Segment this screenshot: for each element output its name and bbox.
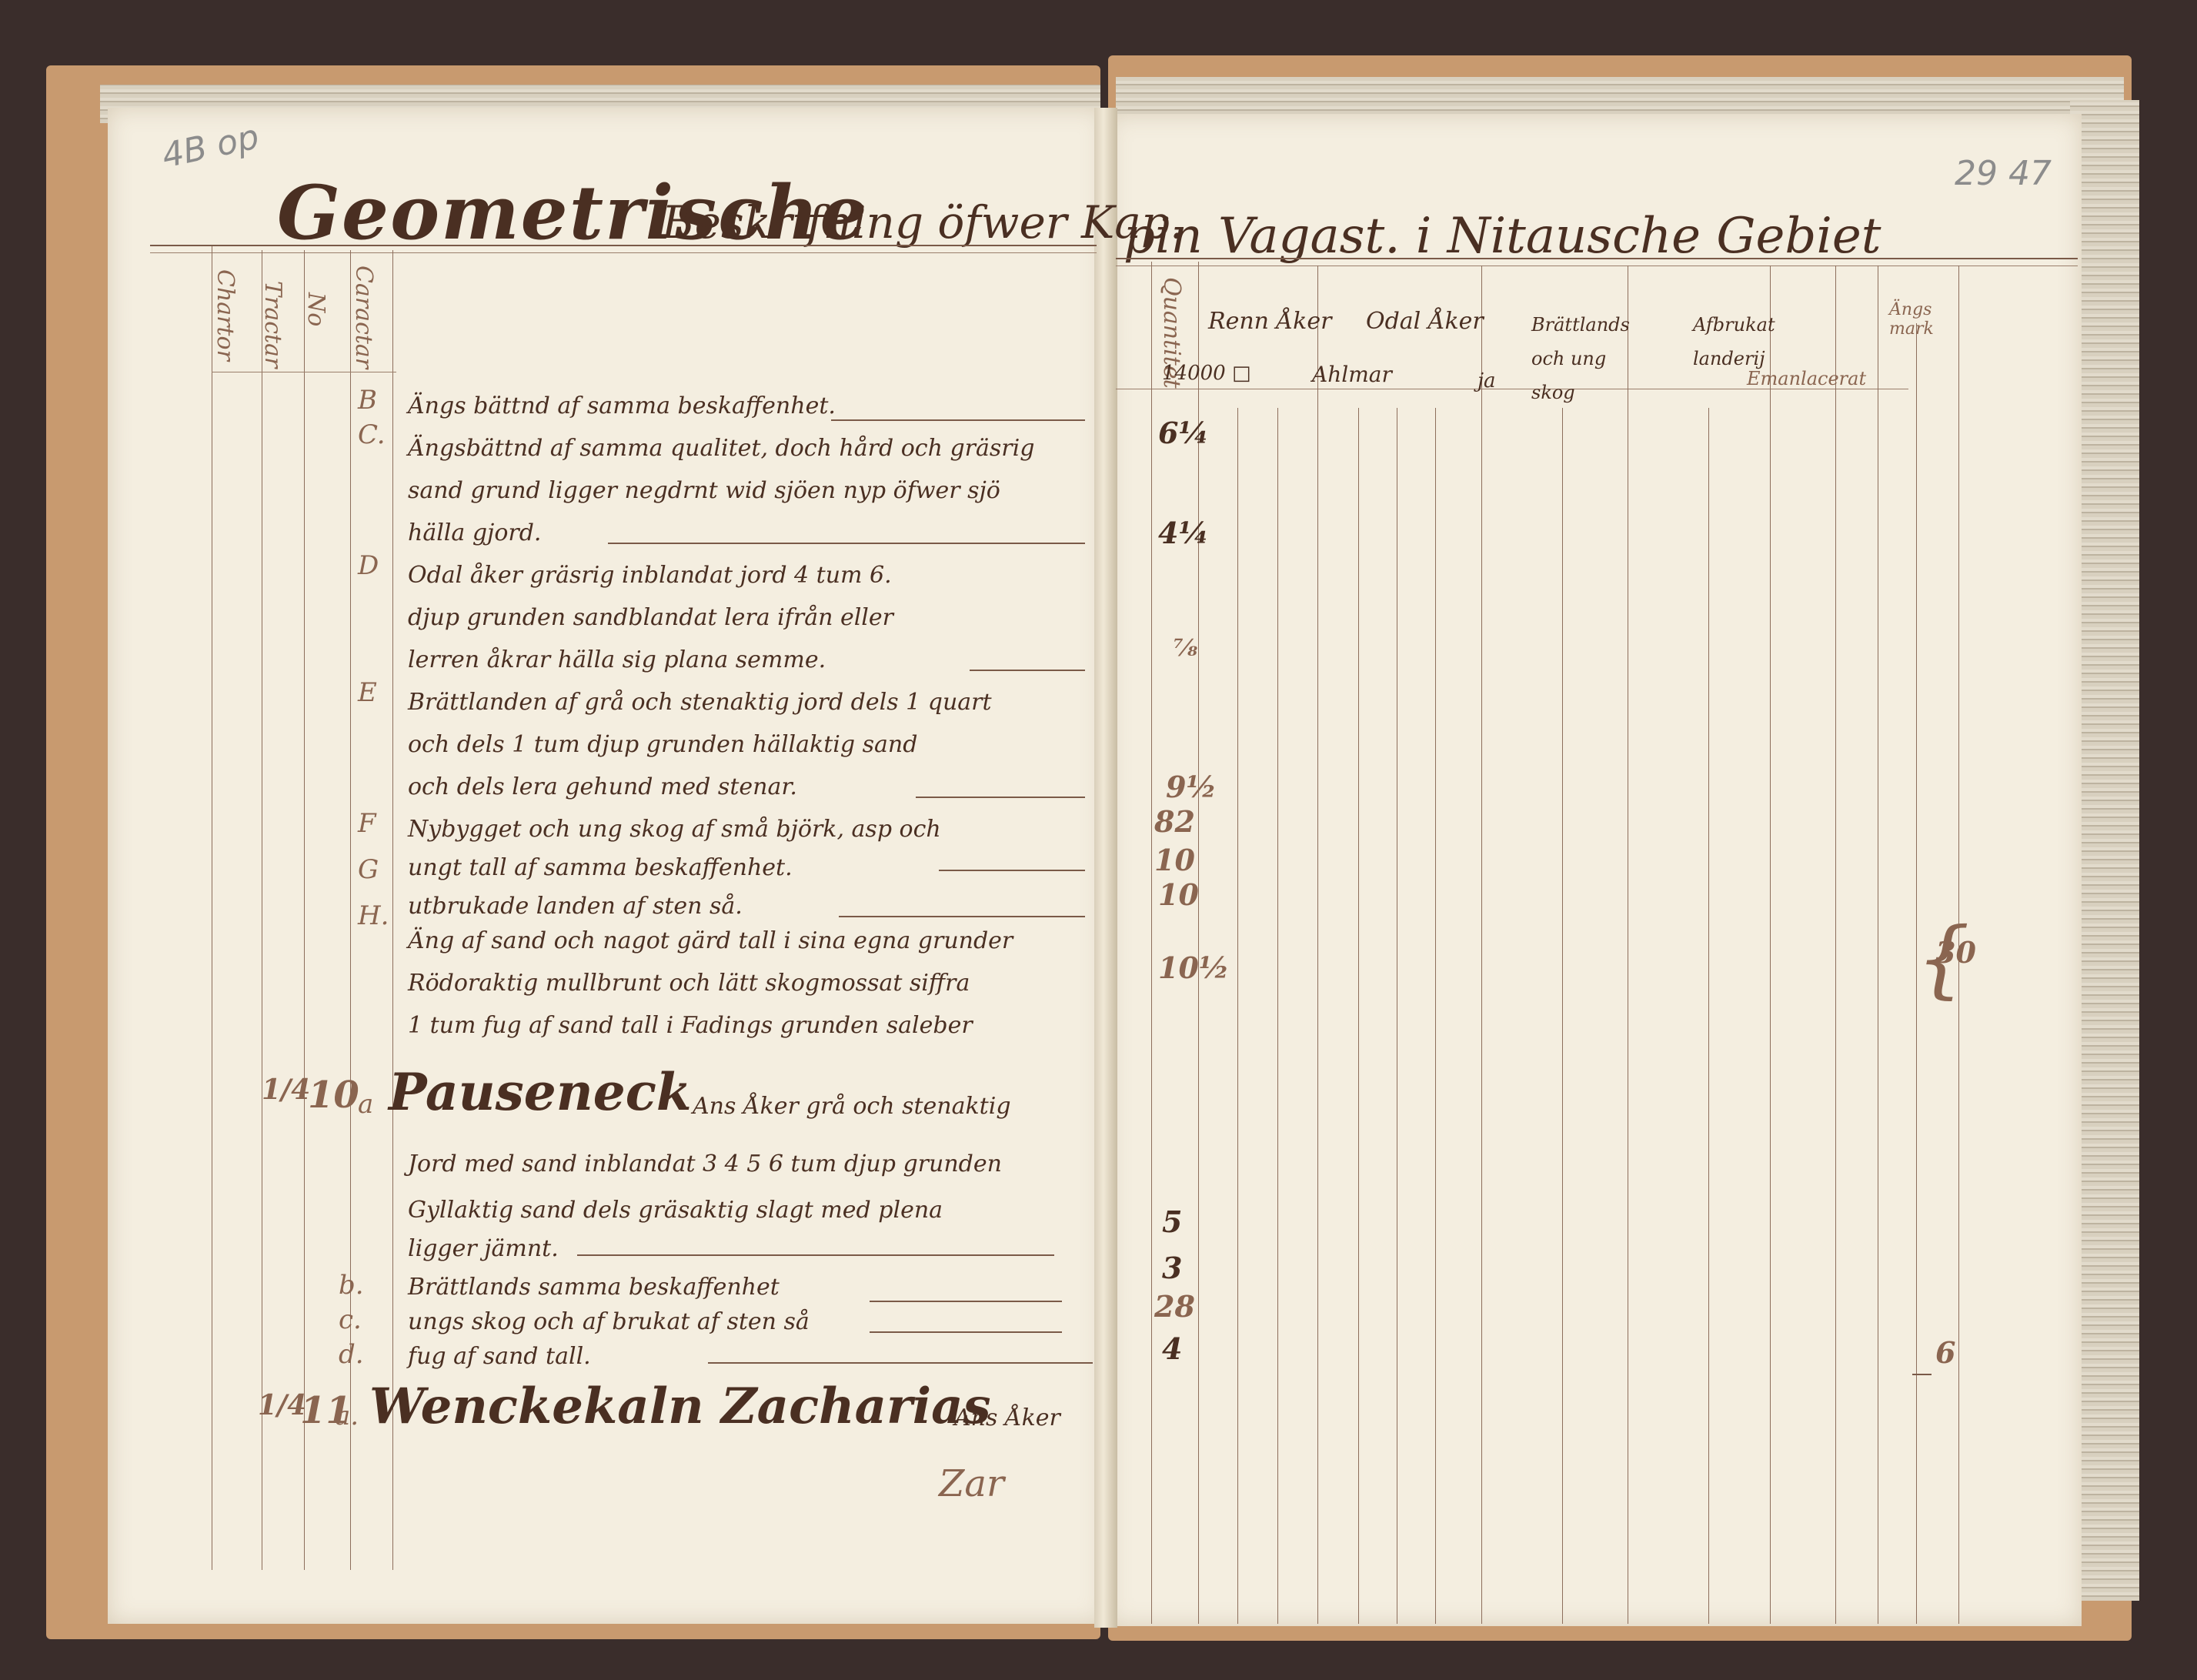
parcel-sub: a [358,1089,373,1120]
entry-line: ungt tall af samma beskaffenhet. [408,854,793,881]
entry-letter: G [358,854,379,885]
col-line [1481,266,1482,1624]
fill-dash [870,1301,1062,1302]
title-rule [150,245,1097,246]
entry-line: fug af sand tall. [408,1343,591,1370]
fill-dash [939,870,1085,871]
folio-number: 29 47 [1955,154,2052,193]
col-line [1435,408,1436,1624]
quantity-value: 5 [1162,1204,1182,1239]
fill-dash [831,419,1085,421]
col-line [1237,408,1238,1624]
parcel-sub: d. [339,1339,364,1370]
entry-line: Gyllaktig sand dels gräsaktig slagt med … [408,1197,943,1224]
entry-line: Brättlands samma beskaffenhet [408,1274,780,1301]
entry-line: Rödoraktig mullbrunt och lätt skogmossat… [408,970,970,997]
col-header-sub-emanlacerat: Emanlacerat [1747,368,1866,389]
entry-line: 1 tum fug af sand tall i Fadings grunden… [408,1012,973,1039]
parcel-prefix: 1/4 [262,1074,310,1106]
col-line [304,250,305,1570]
entry-letter: E [358,677,377,708]
col-line [1277,408,1278,1624]
entry-line: Ängs bättnd af samma beskaffenhet. [408,392,836,419]
entry-line: ungs skog och af brukat af sten så [408,1308,810,1335]
col-header-sub-ja: ja [1477,369,1496,392]
entry-letter: B [358,385,377,416]
entry-letter: D [358,550,379,581]
entry-letter: F [358,808,376,839]
parcel-number: 10 [308,1074,359,1117]
col-header-brattlands: Brättlands och ung skog [1531,308,1647,409]
quantity-value: 4 [1162,1331,1182,1366]
entry-line: utbrukade landen af sten så. [408,893,743,920]
parcel-name: Pauseneck [389,1062,692,1122]
col-line [1708,408,1709,1624]
col-header-tractar: Tractar [259,281,286,368]
quantity-value: 10 [1154,843,1195,877]
entry-line: ligger jämnt. [408,1235,559,1262]
fill-dash [970,670,1085,671]
col-line [350,250,351,1570]
entry-line: och dels 1 tum djup grunden hällaktig sa… [408,731,917,758]
entry-line: Odal åker gräsrig inblandat jord 4 tum 6… [408,562,892,589]
quantity-value: 4¼ [1158,516,1209,550]
col-line [1358,408,1359,1624]
col-line [1397,408,1397,1624]
parcel-sub: c. [339,1304,362,1335]
entry-line: Ängsbättnd af samma qualitet, doch hård … [408,435,1034,462]
col-header-odal-aker: Odal Åker [1366,308,1484,335]
col-header-afbrukat: Afbrukat landerij [1693,308,1808,376]
quantity-value: 3 [1162,1251,1182,1285]
col-header-angs-mark: Ängs mark [1889,300,1951,339]
title-rule [1116,258,2078,259]
fill-dash [839,916,1085,917]
col-header-chartor: Chartor [212,269,239,361]
col-line [1151,262,1152,1624]
col-header-renn-aker: Renn Åker [1208,308,1331,335]
title-rule-2 [1116,266,2078,266]
quantity-value: 28 [1154,1289,1195,1324]
title-rule-2 [150,252,1097,253]
col-line [392,250,393,1570]
meadow-value: 30 [1935,935,1976,970]
parcel-sub: b. [339,1270,364,1301]
col-header-sub-quantity: 14000 □ [1162,362,1251,385]
col-line [1878,266,1878,1624]
entry-line: Nybygget och ung skog af små björk, asp … [408,816,941,843]
page-title-rest: Beskrifning öfwer Kap. [662,196,1184,249]
col-line [1317,266,1318,1624]
quantity-value: ⅞ [1174,635,1197,662]
entry-line: sand grund ligger negdrnt wid sjöen nyp … [408,477,1000,504]
fill-dash [708,1362,1093,1364]
entry-line: Äng af sand och nagot gärd tall i sina e… [408,927,1013,954]
quantity-value: 9½ [1166,770,1217,804]
col-line [1770,266,1771,1624]
quantity-value: 82 [1154,804,1195,839]
quantity-value: 10½ [1158,950,1230,985]
col-line [1198,262,1199,1624]
entry-line: Brättlanden af grå och stenaktig jord de… [408,689,992,716]
entry-line: och dels lera gehund med stenar. [408,773,797,800]
entry-line: djup grunden sandblandat lera ifrån elle… [408,604,893,631]
meadow-value: 6 [1935,1335,1955,1370]
col-line [262,250,262,1570]
entry-line: Ans Åker [954,1404,1060,1431]
col-header-sub-ahlmar: Ahlmar [1312,362,1392,387]
parcel-sub: a. [335,1401,359,1431]
col-line [212,246,212,1570]
col-header-no: No [302,292,329,326]
parcel-name: Wenckekaln Zacharias [369,1378,991,1435]
fill-dash [870,1331,1062,1333]
quantity-value: 6¼ [1158,416,1209,450]
parcel-prefix: 1/4 [258,1389,306,1421]
col-line [1835,266,1836,1624]
header-rule [212,372,396,372]
quantity-value: 10 [1158,877,1199,912]
entry-line: hälla gjord. [408,519,541,546]
entry-line: Jord med sand inblandat 3 4 5 6 tum djup… [408,1151,1002,1177]
entry-line: lerren åkrar hälla sig plana semme. [408,646,826,673]
col-line [1562,408,1563,1624]
col-line [1628,266,1628,1624]
entry-letter: C. [358,419,386,450]
fill-dash [1912,1374,1932,1375]
entry-letter: H. [358,900,389,931]
col-header-caractar: Caractar [350,266,377,369]
fill-dash [577,1254,1054,1256]
entry-line: Ans Åker grå och stenaktig [693,1093,1011,1120]
entry-line: Zar [939,1462,1004,1505]
page-title-rest: pin Vagast. i Nitausche Gebiet [1124,208,1881,265]
fill-dash [608,543,1085,544]
fill-dash [916,797,1085,798]
book-gutter [1094,108,1117,1628]
